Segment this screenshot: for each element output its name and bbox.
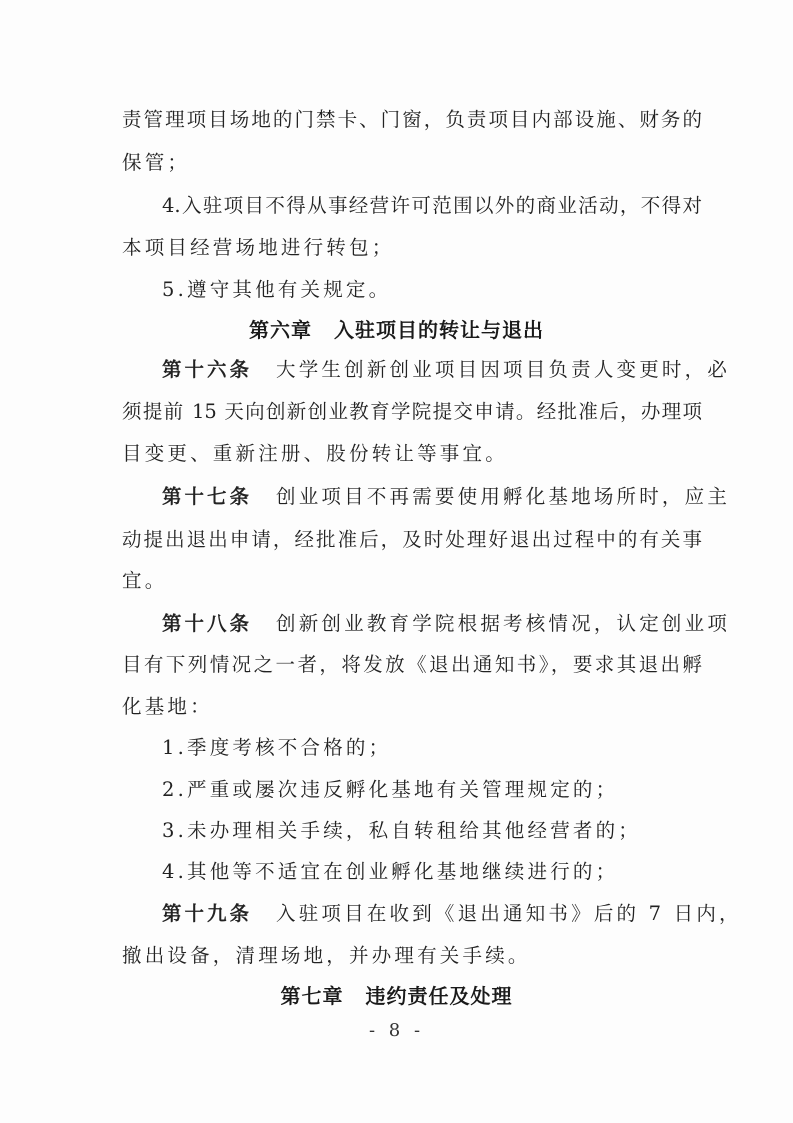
article-label: 第十六条: [162, 358, 252, 381]
article-18: 第十八条创新创业教育学院根据考核情况，认定创业项: [162, 611, 702, 637]
chapter-number: 第七章: [281, 984, 344, 1008]
document-page: 责管理项目场地的门禁卡、门窗，负责项目内部设施、财务的 保管； 4.入驻项目不得…: [0, 0, 793, 1123]
list-item: 1.季度考核不合格的；: [162, 735, 702, 761]
chapter-title: 入驻项目的转让与退出: [334, 318, 544, 342]
article-label: 第十七条: [162, 485, 252, 508]
paragraph-line: 须提前 15 天向创新创业教育学院提交申请。经批准后，办理项: [122, 399, 702, 425]
paragraph-line: 本项目经营场地进行转包；: [122, 235, 702, 261]
chapter-number: 第六章: [249, 318, 312, 342]
list-item: 5.遵守其他有关规定。: [162, 277, 702, 303]
article-text: 大学生创新创业项目因项目负责人变更时，必: [276, 358, 730, 381]
list-item: 4.其他等不适宜在创业孵化基地继续进行的；: [162, 859, 702, 885]
article-text: 创业项目不再需要使用孵化基地场所时，应主: [276, 485, 730, 508]
paragraph-line: 目变更、重新注册、股份转让等事宜。: [122, 441, 702, 467]
article-text: 入驻项目在收到《退出通知书》后的 7 日内，: [276, 902, 742, 925]
article-19: 第十九条入驻项目在收到《退出通知书》后的 7 日内，: [162, 901, 702, 927]
page-number: - 8 -: [0, 1019, 793, 1043]
paragraph-line: 责管理项目场地的门禁卡、门窗，负责项目内部设施、财务的: [122, 107, 702, 133]
paragraph-line: 保管；: [122, 150, 702, 176]
paragraph-line: 目有下列情况之一者，将发放《退出通知书》，要求其退出孵: [122, 652, 702, 678]
chapter-title: 违约责任及处理: [366, 984, 513, 1008]
paragraph-line: 撤出设备，清理场地，并办理有关手续。: [122, 943, 702, 969]
list-item: 4.入驻项目不得从事经营许可范围以外的商业活动，不得对: [162, 193, 702, 219]
chapter-heading-6: 第六章入驻项目的转让与退出: [0, 317, 793, 343]
paragraph-line: 化基地：: [122, 694, 702, 720]
article-16: 第十六条大学生创新创业项目因项目负责人变更时，必: [162, 357, 702, 383]
list-item: 2.严重或屡次违反孵化基地有关管理规定的；: [162, 777, 702, 803]
chapter-heading-7: 第七章违约责任及处理: [0, 983, 793, 1009]
article-label: 第十九条: [162, 902, 252, 925]
paragraph-line: 动提出退出申请，经批准后，及时处理好退出过程中的有关事: [122, 527, 702, 553]
paragraph-line: 宜。: [122, 568, 702, 594]
article-17: 第十七条创业项目不再需要使用孵化基地场所时，应主: [162, 484, 702, 510]
list-item: 3.未办理相关手续，私自转租给其他经营者的；: [162, 818, 702, 844]
article-label: 第十八条: [162, 612, 252, 635]
article-text: 创新创业教育学院根据考核情况，认定创业项: [276, 612, 730, 635]
